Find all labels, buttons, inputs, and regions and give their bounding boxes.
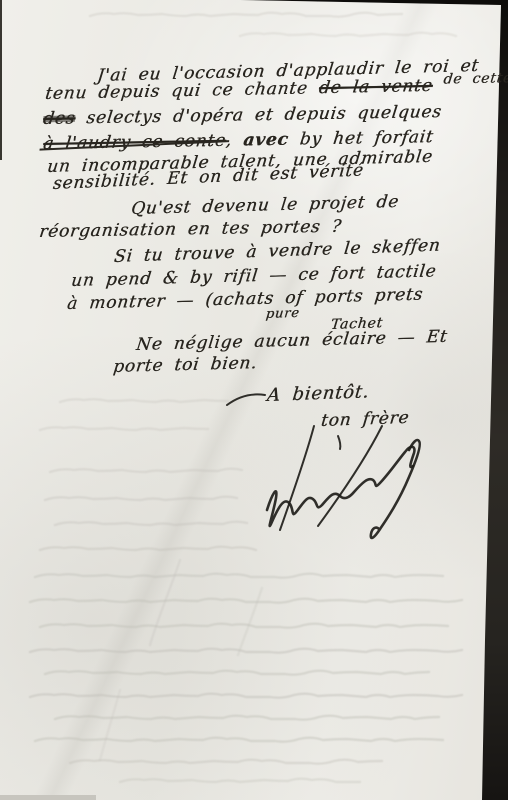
backdrop-left-sliver (0, 0, 2, 160)
letter-line: réorganisation en tes portes ? (38, 217, 343, 242)
letter-line: A bientôt. (266, 381, 370, 406)
letter-line-segment: avec (242, 130, 290, 151)
letter-line-segment: A bientôt. (266, 381, 370, 406)
letter-line-segment: des (42, 108, 77, 129)
letter-line: Qu'est devenu le projet de (130, 192, 400, 219)
letter-line-segment: tenu depuis qui ce chante (44, 78, 320, 104)
letter-line-segment: pure (265, 306, 300, 322)
letter-line: Ne néglige aucun éclaire — Et (135, 327, 449, 355)
letter-line-segment: réorganisation en tes portes ? (38, 217, 343, 242)
photo-background: J'ai eu l'occasion d'applaudir le roi et… (0, 0, 508, 800)
letter-line-segment: porte toi bien. (112, 353, 258, 377)
letter-line-segment: ton frère (320, 408, 410, 431)
page-edge-bottom-left (0, 795, 96, 800)
letter-line-segment: selectys d'opéra et depuis quelques (74, 102, 443, 128)
letter-line: pure (265, 306, 300, 322)
letter-body: J'ai eu l'occasion d'applaudir le roi et… (0, 0, 508, 800)
letter-line-segment: à l'audry ce conte (42, 131, 227, 154)
letter-line-segment: by het forfait (287, 127, 434, 150)
letter-line-segment: de cette (432, 70, 508, 88)
letter-line-segment: Qu'est devenu le projet de (130, 192, 400, 219)
letter-line: des selectys d'opéra et depuis quelques (42, 102, 443, 129)
letter-line: ton frère (320, 408, 410, 431)
letter-line-segment: de la vente (318, 76, 434, 98)
letter-line: porte toi bien. (112, 353, 258, 377)
letter-line-segment: Ne néglige aucun éclaire — Et (135, 327, 449, 355)
